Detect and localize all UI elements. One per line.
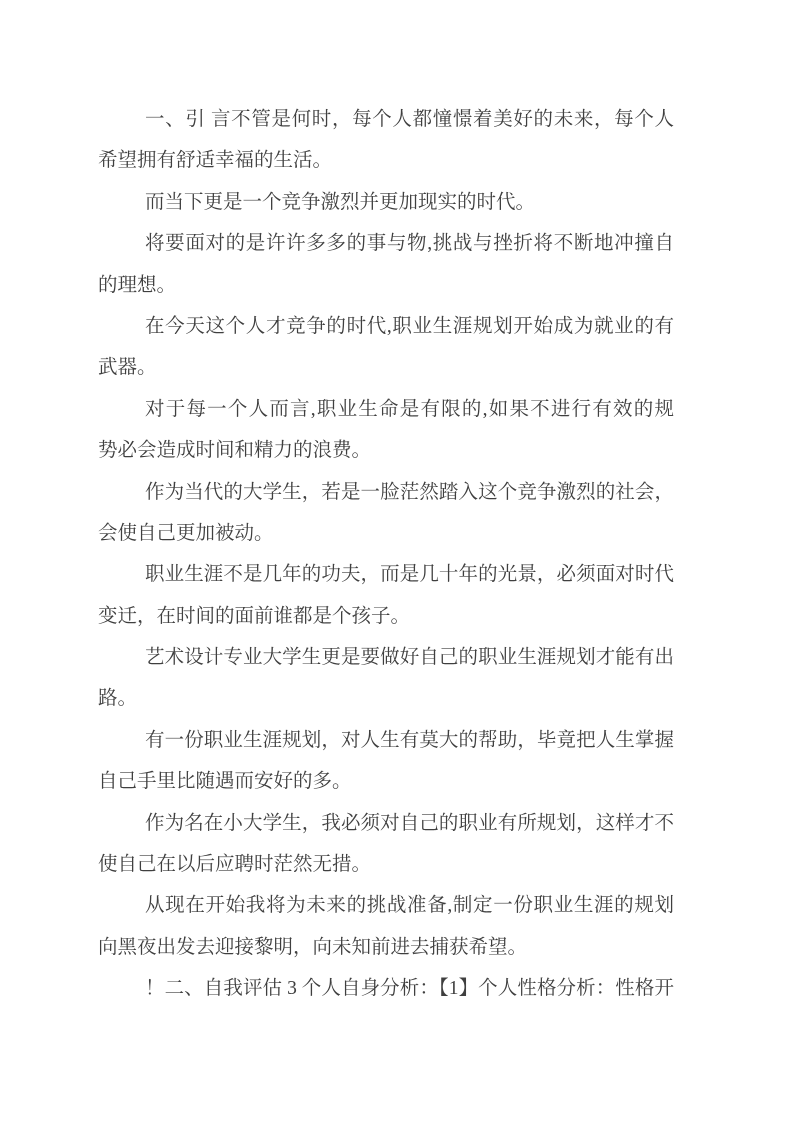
text-line: 而当下更是一个竞争激烈并更加现实的时代。 <box>98 182 674 223</box>
text-line: 在今天这个人才竞争的时代,职业生涯规划开始成为就业的有力 <box>98 306 674 347</box>
text-line: 变迁，在时间的面前谁都是个孩子。 <box>98 596 674 637</box>
text-line: 作为名在小大学生，我必须对自己的职业有所规划，这样才不会 <box>98 803 674 844</box>
text-line: 路。 <box>98 678 674 719</box>
text-line: 艺术设计专业大学生更是要做好自己的职业生涯规划才能有出 <box>98 637 674 678</box>
document-body: 一、引 言不管是何时，每个人都憧憬着美好的未来，每个人都希望拥有舒适幸福的生活。… <box>98 99 674 1010</box>
text-line: 从现在开始我将为未来的挑战准备,制定一份职业生涯的规划书， <box>98 885 674 926</box>
text-line: ！二、自我评估 3 个人自身分析：【1】个人性格分析：性格开 <box>98 968 674 1009</box>
document-page: 一、引 言不管是何时，每个人都憧憬着美好的未来，每个人都希望拥有舒适幸福的生活。… <box>0 0 793 1122</box>
text-line: 自己手里比随遇而安好的多。 <box>98 761 674 802</box>
text-line: 有一份职业生涯规划，对人生有莫大的帮助，毕竟把人生掌握在 <box>98 720 674 761</box>
text-line: 一、引 言不管是何时，每个人都憧憬着美好的未来，每个人都 <box>98 99 674 140</box>
text-line: 对于每一个人而言,职业生命是有限的,如果不进行有效的规划， <box>98 389 674 430</box>
text-line: 势必会造成时间和精力的浪费。 <box>98 430 674 471</box>
text-line: 职业生涯不是几年的功夫，而是几十年的光景，必须面对时代的 <box>98 554 674 595</box>
text-line: 希望拥有舒适幸福的生活。 <box>98 140 674 181</box>
text-line: 使自己在以后应聘时茫然无措。 <box>98 844 674 885</box>
text-line: 向黑夜出发去迎接黎明，向未知前进去捕获希望。 <box>98 927 674 968</box>
text-line: 的理想。 <box>98 265 674 306</box>
text-line: 武器。 <box>98 347 674 388</box>
text-line: 将要面对的是许许多多的事与物,挑战与挫折将不断地冲撞自己 <box>98 223 674 264</box>
text-line: 作为当代的大学生，若是一脸茫然踏入这个竞争激烈的社会，将 <box>98 472 674 513</box>
text-line: 会使自己更加被动。 <box>98 513 674 554</box>
